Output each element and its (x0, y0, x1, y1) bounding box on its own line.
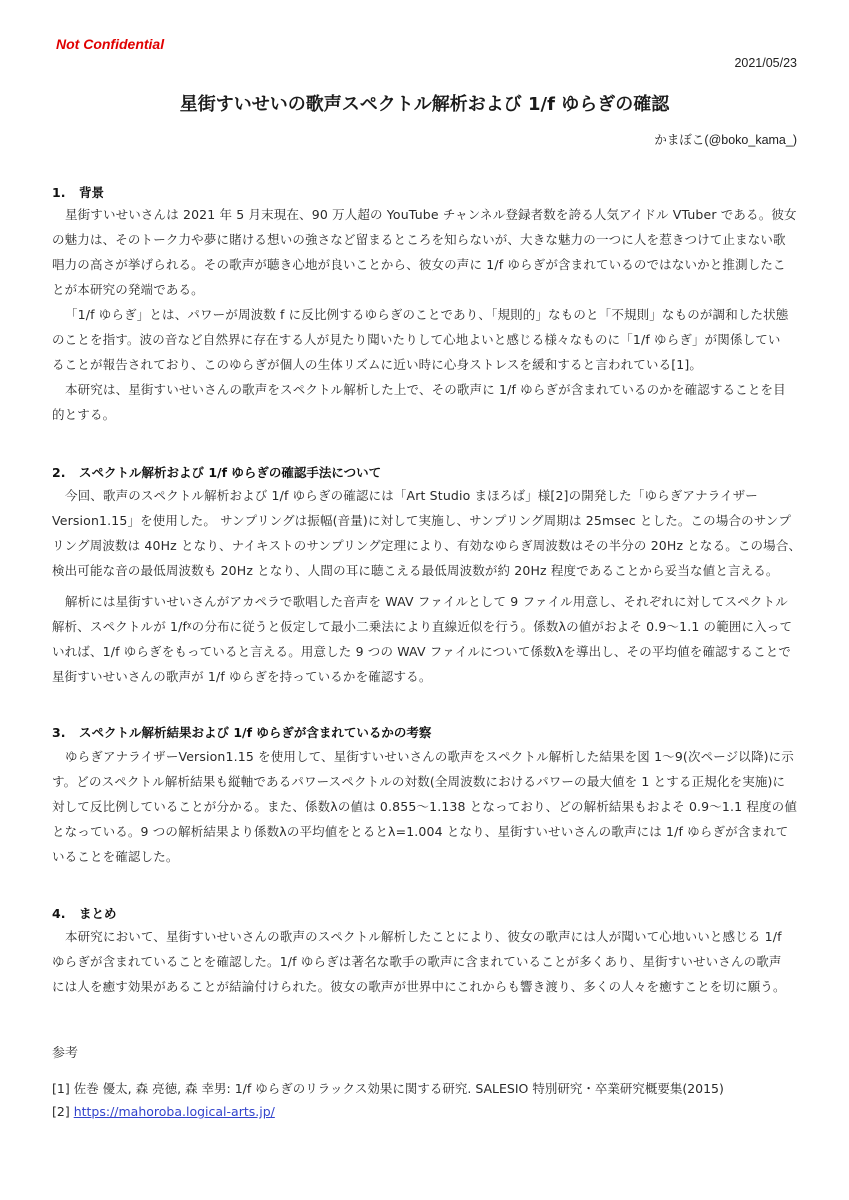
paragraph-line: ゆらぎアナライザーVersion1.15 を使用して、星街すいせいさんの歌声をス… (52, 749, 794, 765)
section-4-heading: 4.まとめ (52, 904, 117, 922)
section-title: まとめ (79, 906, 117, 921)
paragraph-line: には人を癒す効果があることが結論付けられた。彼女の歌声が世界中にこれからも響き渡… (52, 979, 786, 995)
paragraph-line: リング周波数は 40Hz となり、ナイキストのサンプリング定理により、有効なゆら… (52, 538, 801, 554)
paragraph-line: とが本研究の発端である。 (52, 282, 204, 298)
reference-label: [2] (52, 1104, 70, 1119)
paragraph-line: 今回、歌声のスペクトル解析および 1/f ゆらぎの確認には「Art Studio… (52, 488, 758, 504)
section-title: スペクトル解析結果および 1/f ゆらぎが含まれているかの考察 (79, 725, 431, 740)
section-2-heading: 2.スペクトル解析および 1/f ゆらぎの確認手法について (52, 463, 381, 481)
reference-label: [1] (52, 1081, 70, 1096)
paragraph-line: 本研究において、星街すいせいさんの歌声のスペクトル解析したことにより、彼女の歌声… (52, 929, 782, 945)
paragraph-line: となっている。9 つの解析結果より係数λの平均値をとるとλ=1.004 となり、… (52, 824, 788, 840)
reference-item-2: [2] https://mahoroba.logical-arts.jp/ (52, 1104, 275, 1119)
confidentiality-label: Not Confidential (56, 36, 164, 52)
paragraph-line: 「1/f ゆらぎ」とは、パワーが周波数 f に反比例するゆらぎのことであり、「規… (52, 307, 788, 323)
reference-text: 佐巻 優太, 森 亮徳, 森 幸男: 1/f ゆらぎのリラックス効果に関する研究… (74, 1081, 724, 1096)
section-number: 1. (52, 185, 79, 200)
paragraph-line: 解析には星街すいせいさんがアカペラで歌唱した音声を WAV ファイルとして 9 … (52, 594, 788, 610)
reference-link[interactable]: https://mahoroba.logical-arts.jp/ (74, 1104, 275, 1119)
paragraph-line: いれば、1/f ゆらぎをもっていると言える。用意した 9 つの WAV ファイル… (52, 644, 791, 660)
paragraph-line: Version1.15」を使用した。 サンプリングは振幅(音量)に対して実施し、… (52, 513, 791, 529)
section-title: スペクトル解析および 1/f ゆらぎの確認手法について (79, 465, 381, 480)
paragraph-line: 解析、スペクトルが 1/fᵡの分布に従うと仮定して最小二乗法により直線近似を行う… (52, 619, 792, 635)
paragraph-line: のことを指す。波の音など自然界に存在する人が見たり聞いたりして心地よいと感じる様… (52, 332, 781, 348)
reference-item-1: [1] 佐巻 優太, 森 亮徳, 森 幸男: 1/f ゆらぎのリラックス効果に関… (52, 1079, 724, 1097)
references-heading: 参考 (52, 1042, 78, 1061)
section-1-heading: 1.背景 (52, 183, 104, 201)
paragraph-line: す。どのスペクトル解析結果も縦軸であるパワースペクトルの対数(全周波数におけるパ… (52, 774, 785, 790)
section-number: 2. (52, 465, 79, 480)
section-number: 4. (52, 906, 79, 921)
document-title: 星街すいせいの歌声スペクトル解析および 1/f ゆらぎの確認 (0, 90, 849, 116)
paragraph-line: 検出可能な音の最低周波数も 20Hz となり、人間の耳に聴こえる最低周波数が約 … (52, 563, 779, 579)
paragraph-line: 対して反比例していることが分かる。また、係数λの値は 0.855～1.138 と… (52, 799, 797, 815)
paragraph-line: 的とする。 (52, 407, 115, 423)
section-number: 3. (52, 725, 79, 740)
paragraph-line: 本研究は、星街すいせいさんの歌声をスペクトル解析した上で、その歌声に 1/f ゆ… (52, 382, 786, 398)
section-3-heading: 3.スペクトル解析結果および 1/f ゆらぎが含まれているかの考察 (52, 723, 431, 741)
paragraph-line: 唱力の高さが挙げられる。その歌声が聴き心地が良いことから、彼女の声に 1/f ゆ… (52, 257, 786, 273)
paragraph-line: の魅力は、そのトーク力や夢に賭ける想いの強さなど留まるところを知らないが、大きな… (52, 232, 786, 248)
paragraph-line: ゆらぎが含まれていることを確認した。1/f ゆらぎは著名な歌手の歌声に含まれてい… (52, 954, 782, 970)
paragraph-line: 星街すいせいさんの歌声が 1/f ゆらぎを持っているかを確認する。 (52, 669, 431, 685)
document-date: 2021/05/23 (734, 56, 797, 70)
paragraph-line: 星街すいせいさんは 2021 年 5 月末現在、90 万人超の YouTube … (52, 207, 797, 223)
paragraph-line: いることを確認した。 (52, 849, 179, 865)
paragraph-line: ることが報告されており、このゆらぎが個人の生体リズムに近い時に心身ストレスを緩和… (52, 357, 702, 373)
section-title: 背景 (79, 185, 104, 200)
document-author: かまぼこ(@boko_kama_) (654, 130, 797, 148)
